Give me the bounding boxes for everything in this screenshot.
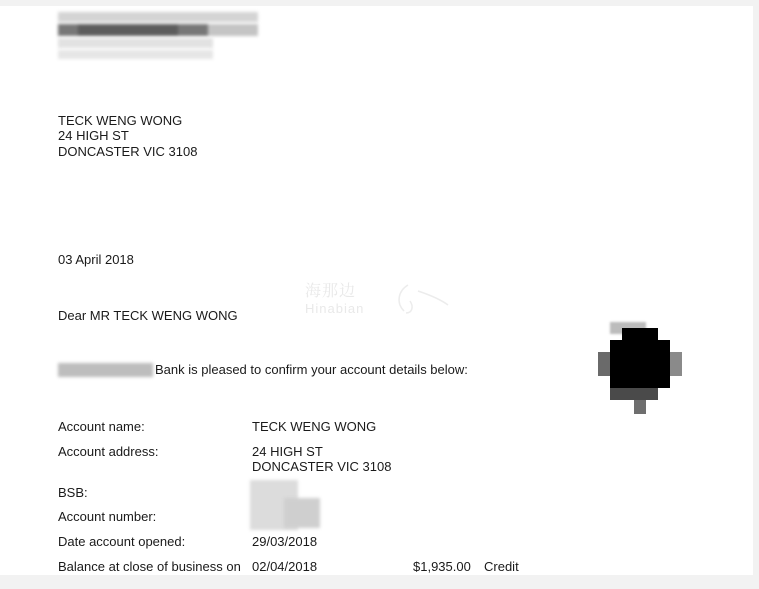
account-number-label: Account number: — [58, 509, 156, 524]
recipient-address-line1: 24 HIGH ST — [58, 128, 129, 143]
account-name-value: TECK WENG WONG — [252, 419, 376, 434]
balance-date: 02/04/2018 — [252, 559, 317, 574]
account-address-label: Account address: — [58, 444, 158, 459]
balance-label: Balance at close of business on — [58, 559, 241, 574]
date-opened-label: Date account opened: — [58, 534, 185, 549]
recipient-name: TECK WENG WONG — [58, 113, 182, 128]
letter-page: TECK WENG WONG 24 HIGH ST DONCASTER VIC … — [0, 6, 753, 575]
redacted-bank-name — [58, 363, 153, 377]
account-address-line2: DONCASTER VIC 3108 — [252, 459, 391, 474]
watermark-swirl-icon — [388, 281, 450, 315]
intro-text: Bank is pleased to confirm your account … — [155, 362, 468, 377]
balance-type: Credit — [484, 559, 519, 574]
watermark-en: Hinabian — [305, 300, 364, 317]
recipient-address-line2: DONCASTER VIC 3108 — [58, 144, 197, 159]
letter-date: 03 April 2018 — [58, 252, 134, 267]
watermark-cn: 海那边 — [305, 283, 364, 300]
watermark: 海那边 Hinabian — [305, 283, 364, 317]
account-name-label: Account name: — [58, 419, 145, 434]
account-address-line1: 24 HIGH ST — [252, 444, 323, 459]
balance-amount: $1,935.00 — [413, 559, 471, 574]
salutation: Dear MR TECK WENG WONG — [58, 308, 238, 323]
bsb-label: BSB: — [58, 485, 88, 500]
date-opened-value: 29/03/2018 — [252, 534, 317, 549]
